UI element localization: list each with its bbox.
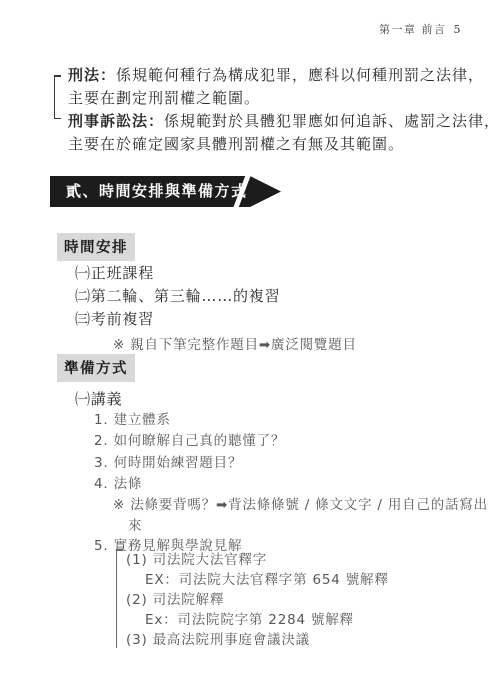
list-item: 2. 如何瞭解自己真的聽懂了？ <box>94 431 285 452</box>
section-banner-title: 貳、時間安排與準備方式 <box>66 176 248 207</box>
list-item: 3. 何時開始練習題目？ <box>94 453 285 474</box>
book-page: 第一章 前言5 刑法：係規範何種行為構成犯罪，應科以何種刑罰之法律， 主要在劃定… <box>0 0 492 700</box>
practice-item-label: (1) 司法院大法官釋字 <box>126 548 267 568</box>
definition-line: 主要在劃定刑罰權之範圍。 <box>68 87 492 110</box>
chapter-title: 第一章 前言 <box>379 23 447 36</box>
law-note-line2: 來 <box>128 514 142 534</box>
definition-text: 係規範何種行為構成犯罪，應科以何種刑罰之法律， <box>116 66 484 84</box>
definition-term: 刑法： <box>68 66 116 84</box>
definition-line: 刑事訴訟法：係規範對於具體犯罪應如何追訴、處罰之法律， <box>68 110 492 133</box>
time-note: ※ 親自下筆完整作題目➡廣泛閱覽題目 <box>113 333 357 353</box>
definition-bracket-icon <box>54 75 60 119</box>
prep-subtitle: ㈠講義 <box>75 388 122 409</box>
practice-bracket-icon <box>116 549 122 648</box>
list-item: 4. 法條 <box>94 474 285 495</box>
prep-section-label: 準備方式 <box>57 354 135 382</box>
practice-item-label: (3) 最高法院刑事庭會議決議 <box>126 628 310 648</box>
time-section-label: 時間安排 <box>57 233 135 261</box>
page-header: 第一章 前言5 <box>379 21 462 37</box>
practice-item-example: Ex：司法院院字第 2284 號解釋 <box>145 608 354 628</box>
practice-item-example: EX：司法院大法官釋字第 654 號解釋 <box>145 568 389 588</box>
prep-numbered-list: 1. 建立體系 2. 如何瞭解自己真的聽懂了？ 3. 何時開始練習題目？ 4. … <box>94 410 285 495</box>
list-item: 1. 建立體系 <box>94 410 285 431</box>
definition-line: 主要在於確定國家具體刑罰權之有無及其範圍。 <box>68 133 492 156</box>
definition-text: 主要在於確定國家具體刑罰權之有無及其範圍。 <box>68 135 404 153</box>
definition-text: 係規範對於具體犯罪應如何追訴、處罰之法律， <box>164 112 492 130</box>
practice-item-label: (2) 司法院解釋 <box>126 588 224 608</box>
list-item: ㈡第二輪、第三輪……的複習 <box>75 285 280 308</box>
definitions-block: 刑法：係規範何種行為構成犯罪，應科以何種刑罰之法律， 主要在劃定刑罰權之範圍。 … <box>68 64 492 156</box>
definition-term: 刑事訴訟法： <box>68 112 164 130</box>
section-banner: 貳、時間安排與準備方式 <box>50 176 282 207</box>
list-item: ㈢考前複習 <box>75 308 280 331</box>
time-item-list: ㈠正班課程 ㈡第二輪、第三輪……的複習 ㈢考前複習 <box>75 262 280 332</box>
definition-text: 主要在劃定刑罰權之範圍。 <box>68 89 260 107</box>
list-item: ㈠正班課程 <box>75 262 280 285</box>
definition-line: 刑法：係規範何種行為構成犯罪，應科以何種刑罰之法律， <box>68 64 492 87</box>
page-number: 5 <box>454 23 463 36</box>
law-note-line1: ※ 法條要背嗎？➡背法條條號 / 條文文字 / 用自己的話寫出 <box>113 493 488 513</box>
